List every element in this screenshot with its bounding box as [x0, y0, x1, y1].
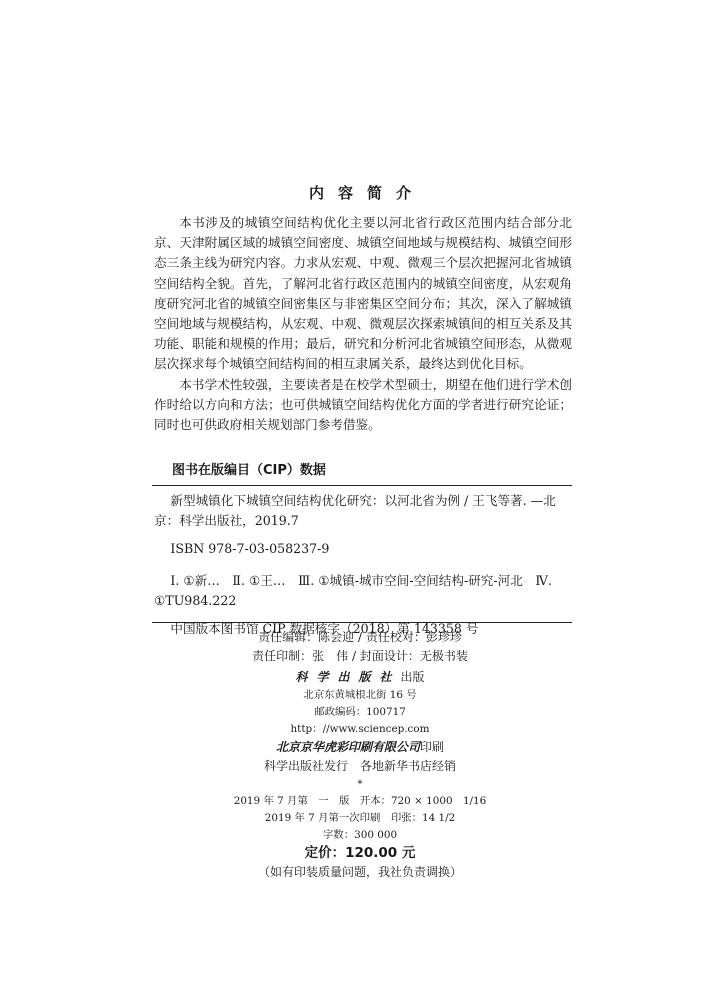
credits-block: 责任编辑：陈会迎 / 责任校对：彭珍珍 责任印制：张 伟 / 封面设计：无极书装…: [0, 628, 720, 882]
cip-entry: 新型城镇化下城镇空间结构优化研究：以河北省为例 / 王飞等著. —北京：科学出版…: [154, 491, 572, 531]
cip-classification: Ⅰ. ①新… Ⅱ. ①王… Ⅲ. ①城镇-城市空间-空间结构-研究-河北 Ⅳ. …: [154, 571, 572, 611]
cip-isbn: ISBN 978-7-03-058237-9: [154, 539, 572, 559]
notice-line: （如有印装质量问题，我社负责调换）: [0, 863, 720, 882]
cip-bottom-rule: [152, 622, 572, 623]
edition-line: 2019 年 7 月第 一 版 开本：720 × 1000 1/16: [0, 793, 720, 810]
address-line: 北京东黄城根北街 16 号: [0, 687, 720, 704]
cip-top-rule: [152, 485, 572, 486]
postcode-line: 邮政编码：100717: [0, 704, 720, 721]
editors-line: 责任编辑：陈会迎 / 责任校对：彭珍珍: [0, 628, 720, 647]
printer-line: 北京京华虎彩印刷有限公司印刷: [0, 738, 720, 757]
website-link: http：//www.sciencep.com: [0, 721, 720, 738]
printer-suffix: 印刷: [420, 740, 444, 754]
word-count-line: 字数：300 000: [0, 827, 720, 844]
printing-line: 2019 年 7 月第一次印刷 印张：14 1/2: [0, 810, 720, 827]
production-line: 责任印制：张 伟 / 封面设计：无极书装: [0, 647, 720, 666]
page-title: 内容简介: [0, 182, 720, 203]
summary-paragraph-2: 本书学术性较强，主要读者是在校学术型硕士，期望在他们进行学术创作时给以方向和方法…: [154, 375, 572, 436]
cip-heading: 图书在版编目（CIP）数据: [172, 459, 326, 478]
separator-asterisk: *: [0, 776, 720, 793]
publisher-suffix: 出版: [401, 670, 425, 684]
publisher-line: 科学出版社出版: [0, 668, 720, 687]
printer-name: 北京京华虎彩印刷有限公司: [276, 740, 420, 754]
distribution-line: 科学出版社发行 各地新华书店经销: [0, 757, 720, 776]
summary-section: 本书涉及的城镇空间结构优化主要以河北省行政区范围内结合部分北京、天津附属区域的城…: [154, 213, 572, 435]
publisher-name: 科学出版社: [295, 670, 400, 684]
summary-paragraph-1: 本书涉及的城镇空间结构优化主要以河北省行政区范围内结合部分北京、天津附属区域的城…: [154, 213, 572, 375]
price-line: 定价：120.00 元: [0, 844, 720, 863]
cip-block: 新型城镇化下城镇空间结构优化研究：以河北省为例 / 王飞等著. —北京：科学出版…: [154, 491, 572, 639]
